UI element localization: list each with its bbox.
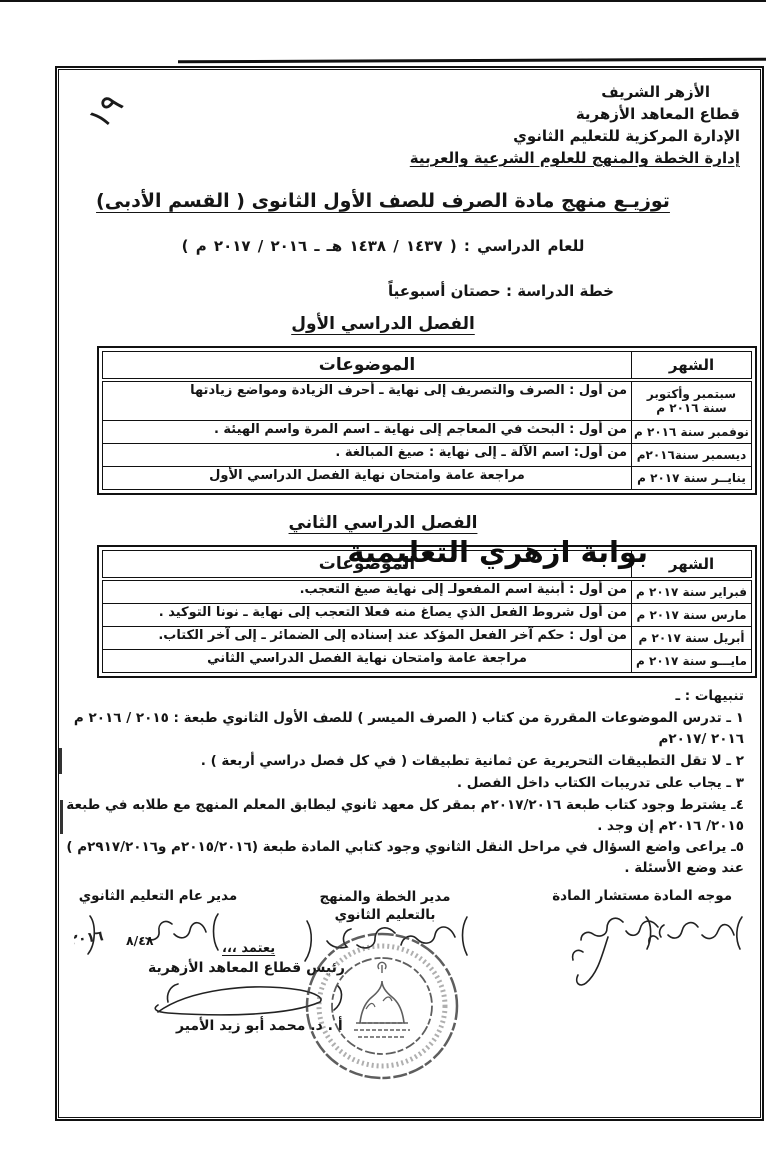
signature-ink-general-director: ٢٠١٦م [74, 902, 224, 962]
month-cell: مارس سنة ٢٠١٧ م [632, 604, 752, 627]
official-round-stamp [300, 929, 464, 1085]
month-column-header: الشهر [632, 551, 752, 580]
note-item: ١ ـ تدرس الموضوعات المقررة من كتاب ( الص… [64, 708, 744, 750]
approval-word: يعتمد ،،، [222, 941, 275, 956]
academic-year: للعام الدراسي : ( ١٤٣٧ / ١٤٣٨ هـ ـ ٢٠١٦ … [60, 237, 706, 255]
month-cell: نوفمبر سنة ٢٠١٦ م [632, 421, 752, 444]
month-cell: ديسمبر سنة٢٠١٦م [632, 444, 752, 467]
document-title: توزيـع منهج مادة الصرف للصف الأول الثانو… [60, 190, 706, 212]
signature-ink-subject-consultant [553, 902, 668, 994]
month-cell: سبتمبر وأكتوبر سنة ٢٠١٦ م [632, 380, 752, 421]
stamp-mosque-emblem [354, 962, 410, 1037]
month-cell: أبريل سنة ٢٠١٧ م [632, 627, 752, 650]
table-row: أبريل سنة ٢٠١٧ م من أول : حكم آخر الفعل … [103, 627, 752, 650]
topic-cell: من أول : البحث في المعاجم إلى نهاية ـ اس… [103, 421, 632, 444]
semester1-table: الشهر الموضوعات سبتمبر وأكتوبر سنة ٢٠١٦ … [97, 346, 757, 495]
note-item: ٥ـ يراعى واضع السؤال في مراحل النقل الثا… [64, 837, 744, 879]
table-row: ديسمبر سنة٢٠١٦م من أول: اسم الآلة ـ إلى … [103, 444, 752, 467]
table-row: فبراير سنة ٢٠١٧ م من أول : أبنية اسم الم… [103, 579, 752, 604]
scanned-document-page: ١٩ الأزهر الشريف قطاع المعاهد الأزهرية ا… [0, 0, 766, 1170]
note-item: ٢ ـ لا تقل التطبيقات التحريرية عن ثمانية… [64, 751, 744, 772]
topics-column-header: الموضوعات [103, 352, 632, 381]
note-item: ٣ ـ يجاب على تدريبات الكتاب داخل الفصل . [64, 773, 744, 794]
topic-cell: من أول : حكم آخر الفعل المؤكد عند إسناده… [103, 627, 632, 650]
semester2-heading: الفصل الدراسي الثاني [0, 513, 766, 533]
table-row: ينايــر سنة ٢٠١٧ م مراجعة عامة وامتحان ن… [103, 467, 752, 490]
month-cell: مايـــو سنة ٢٠١٧ م [632, 650, 752, 673]
topic-cell: مراجعة عامة وامتحان نهاية الفصل الدراسي … [103, 467, 632, 490]
organization-header: الأزهر الشريف قطاع المعاهد الأزهرية الإد… [310, 81, 740, 169]
org-line-institutes-sector: قطاع المعاهد الأزهرية [310, 103, 740, 125]
table-row: سبتمبر وأكتوبر سنة ٢٠١٦ م من أول : الصرف… [103, 380, 752, 421]
semester1-heading: الفصل الدراسي الأول [0, 314, 766, 334]
scan-edge-line-2 [178, 58, 766, 64]
topic-cell: مراجعة عامة وامتحان نهاية الفصل الدراسي … [103, 650, 632, 673]
notes-heading: تنبيهات : ـ [64, 686, 744, 707]
table-row: نوفمبر سنة ٢٠١٦ م من أول : البحث في المع… [103, 421, 752, 444]
handwritten-year: ٢٠١٦م [74, 928, 105, 950]
notes-section: تنبيهات : ـ ١ ـ تدرس الموضوعات المقررة م… [64, 686, 744, 880]
handwritten-reference-number: ٨/٤٨ [126, 933, 153, 948]
topic-cell: من أول : أبنية اسم المفعولـ إلى نهاية صي… [103, 579, 632, 604]
month-cell: فبراير سنة ٢٠١٧ م [632, 579, 752, 604]
study-plan: خطة الدراسة : حصتان أسبوعياً [388, 282, 614, 300]
scan-edge-line [0, 0, 766, 2]
month-cell: ينايــر سنة ٢٠١٧ م [632, 467, 752, 490]
topic-cell: من أول: اسم الآلة ـ إلى نهاية : صيغ المب… [103, 444, 632, 467]
table-header-row: الشهر الموضوعات [103, 352, 752, 381]
org-line-central-administration: الإدارة المركزية للتعليم الثانوي [310, 125, 740, 147]
note-item: ٤ـ يشترط وجود كتاب طبعة ٢٠١٧/٢٠١٦م بمقر … [64, 795, 744, 837]
table-row: مايـــو سنة ٢٠١٧ م مراجعة عامة وامتحان ن… [103, 650, 752, 673]
table-row: مارس سنة ٢٠١٧ م من أول شروط الفعل الذي ي… [103, 604, 752, 627]
month-column-header: الشهر [632, 352, 752, 381]
topic-cell: من أول : الصرف والتصريف إلى نهاية ـ أحرف… [103, 380, 632, 421]
org-line-plan-curriculum-dept: إدارة الخطة والمنهج للعلوم الشرعية والعر… [310, 147, 740, 169]
azhari-portal-watermark: بوابة ازهري التعليمية [347, 535, 648, 569]
org-line-azhar: الأزهر الشريف [310, 81, 740, 103]
topic-cell: من أول شروط الفعل الذي يصاغ منه فعلا الت… [103, 604, 632, 627]
